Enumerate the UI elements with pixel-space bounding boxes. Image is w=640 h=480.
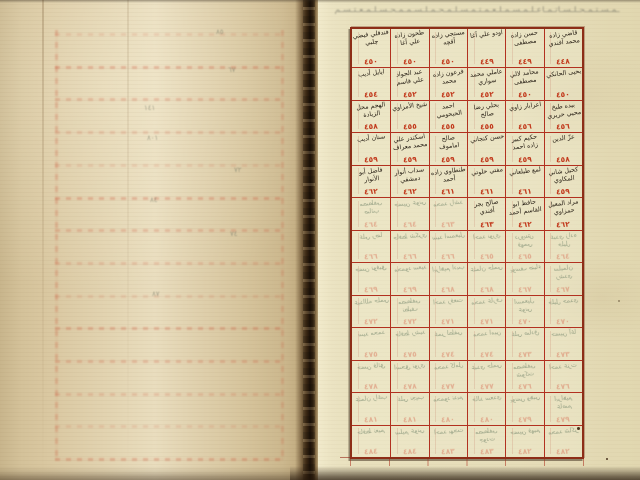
- entry-name: اسحق نوري: [394, 361, 426, 372]
- ghost-numeral: ٨٠١: [147, 134, 158, 142]
- entry-name: عاملي محمد سواري: [468, 68, 505, 87]
- table-cell: محمود نديم٤٨٠: [429, 392, 467, 425]
- table-cell: عبد الجواد علي قاسم٤٥٢: [390, 67, 428, 100]
- table-cell: اودو علي آغا٤٤٩: [467, 29, 505, 67]
- table-cell: مفتي حلوتي٤٦١: [467, 165, 505, 198]
- entry-name: سنان أديب: [357, 133, 386, 144]
- ghost-numeral: ٨٧: [152, 290, 160, 298]
- table-cell: احمد نوري٤٦٥: [467, 230, 505, 263]
- entry-name: خليل حمدي: [548, 296, 579, 307]
- table-cell: ابراهيم اديب٤٦٨: [429, 262, 467, 295]
- table-cell: محمد امين٤٧٤: [467, 327, 505, 360]
- entry-number: ٤٤٨: [556, 57, 570, 67]
- table-cell: بيده طبخ محيي حريري٤٥٦: [544, 100, 582, 133]
- entry-name: ايايل أديب: [358, 68, 385, 79]
- entry-number: ٤٨١: [364, 414, 378, 424]
- ghost-numeral: ٧٤: [230, 230, 238, 238]
- entry-name: صالح بجر أفندي: [468, 198, 505, 217]
- table-cell: ابراهيم عاصم٤٧٩: [544, 392, 582, 425]
- entry-number: ٤٧٧: [441, 382, 455, 392]
- entry-name: محمود سعيد: [393, 263, 426, 274]
- entry-name: طنطاوي زاده أحمد: [430, 165, 467, 184]
- table-cell: محمد راشد٤٦٣: [429, 197, 467, 230]
- ghost-rule-vline: [281, 30, 284, 460]
- table-cell: لمع طيلعاني٤٦١: [505, 165, 543, 198]
- entry-name: فاضل أبو الأنوار: [352, 165, 390, 184]
- table-cell: سيد اسمعيل٤٦٦: [429, 230, 467, 263]
- ghost-rule-vline: [55, 30, 58, 460]
- entry-number: ٤٥٦: [556, 122, 570, 132]
- table-cell: اسحق نوري٤٧٨: [390, 360, 428, 393]
- ghost-numeral: ٦٧: [228, 66, 236, 74]
- table-cell: يوسف ضياء٤٦٧: [505, 262, 543, 295]
- entry-name: محمد راشد: [433, 198, 463, 209]
- entry-number: ٤٦٦: [403, 252, 417, 262]
- entry-name: سليم عوني: [395, 426, 425, 437]
- ghost-rule-hline: [55, 393, 283, 396]
- table-cell: صالح بجر أفندي٤٦٣: [467, 197, 505, 230]
- entry-number: ٤٦١: [480, 187, 494, 197]
- table-cell: حافظ شكري٤٦٦: [390, 230, 428, 263]
- entry-number: ٤٧٣: [518, 349, 532, 359]
- entry-number: ٤٧٢: [403, 317, 417, 327]
- ghost-rule-hline: [55, 458, 283, 461]
- entry-number: ٤٦٢: [403, 187, 417, 197]
- entry-name: محمد كامل: [433, 361, 463, 372]
- table-cell: طنطاوي زاده أحمد٤٦١: [429, 165, 467, 198]
- entry-name: حافظ شكري: [393, 231, 428, 242]
- ink-speck: [606, 458, 608, 460]
- entry-number: ٤٨٣: [441, 447, 455, 457]
- table-cell: حافظ رشيد٤٧٥: [390, 327, 428, 360]
- entry-number: ٤٦٩: [364, 284, 378, 294]
- entry-name: سداب أنوار دمشقي: [392, 165, 429, 184]
- entry-name: حسين فهيم: [510, 426, 541, 437]
- table-cell: حسن زاده مصطفى٤٤٩: [505, 29, 543, 67]
- entry-name: مصطفى شوكت: [507, 361, 544, 380]
- entry-name: احمد الحبحومي: [430, 100, 467, 119]
- table-cell: يونس وهبي٤٧٩: [505, 392, 543, 425]
- table-cell: سليمان رشدي٤٦٧: [544, 262, 582, 295]
- table-cell: محمود سعيد٤٦٩: [390, 262, 428, 295]
- table-cell: عمر لطفي٤٧٤: [429, 327, 467, 360]
- entry-name: مصطفى صائب: [352, 198, 390, 217]
- photo-top-edge: [0, 0, 640, 3]
- entry-number: ٤٦٣: [441, 219, 455, 229]
- entry-name: محامد لالي مصطفى: [507, 68, 544, 87]
- ghost-rule-hline: [55, 98, 283, 101]
- entry-number: ٤٧٩: [556, 414, 570, 424]
- table-cell: كحيل شاني المكاوي٤٥٩: [544, 165, 582, 198]
- entry-name: محمد شاكر: [548, 426, 579, 437]
- entry-name: بحلي رضا صالح: [468, 100, 505, 119]
- ink-speck: [577, 427, 580, 430]
- entry-name: علي صادق: [511, 329, 540, 339]
- entry-number: ٤٧٧: [480, 382, 494, 392]
- table-cell: احمد الحبحومي٤٥٥: [429, 100, 467, 133]
- entry-number: ٤٦٤: [403, 219, 417, 229]
- ink-speck: [618, 300, 620, 302]
- entry-name: احمد بهجت: [433, 426, 463, 437]
- entry-number: ٤٤٩: [480, 57, 494, 67]
- entry-name: عبدالله حلمي: [354, 296, 390, 307]
- entry-name: حكيم كبير زاده احمد: [507, 133, 544, 152]
- table-cell: احمد بهجت٤٨٣: [429, 425, 467, 458]
- entry-number: ٤٨٤: [403, 447, 417, 457]
- ghost-rule-hline: [55, 197, 283, 200]
- entry-number: ٤٨٤: [364, 447, 378, 457]
- entry-number: ٤٦٧: [556, 284, 570, 294]
- entry-number: ٤٨٠: [480, 414, 494, 424]
- entry-name: عبدي زاده خليل: [545, 231, 582, 250]
- table-cell: فاضل أبو الأنوار٤٦٢: [352, 165, 390, 198]
- entry-name: محمد امين: [472, 329, 501, 339]
- entry-name: مستجي زاده آقچه: [430, 29, 467, 48]
- entry-name: حسين عوني: [394, 198, 427, 209]
- entry-number: ٤٥٩: [364, 154, 378, 164]
- entry-number: ٤٦٥: [480, 252, 494, 262]
- entry-name: محمد عارف: [471, 296, 503, 307]
- ghost-numeral: ١٤١: [144, 104, 155, 112]
- ghost-rule-hline: [55, 295, 283, 298]
- entry-number: ٤٥٨: [556, 154, 570, 164]
- table-cell: حافظ ابو القاسم أحمد٤٦٢: [505, 197, 543, 230]
- entry-name: اعرابار زاوي: [509, 101, 542, 112]
- entry-name: عمر لطفي: [434, 329, 463, 339]
- ghost-header-line: ـمـسـتـمـحـلـسـاتـمـاعـلـمـسـمـلـعـمـتـم…: [326, 6, 628, 20]
- entry-number: ٤٥٠: [556, 89, 570, 99]
- table-cell: سنان أديب٤٥٩: [352, 132, 390, 165]
- grid-overshoot-ticks: [350, 459, 584, 466]
- table-cell: خالد سعدي٤٨٠: [467, 392, 505, 425]
- entry-number: ٤٧٣: [556, 349, 570, 359]
- entry-name: سليمان رشدي: [545, 263, 582, 282]
- ghost-numeral: ٨٥: [216, 28, 224, 36]
- table-cell: عبدي زاده خليل٤٦٤: [544, 230, 582, 263]
- table-cell: حسين عوني٤٦٤: [390, 197, 428, 230]
- page-crease: [127, 0, 129, 480]
- entry-number: ٤٦٤: [556, 252, 570, 262]
- table-cell: عزّ الدين٤٥٨: [544, 132, 582, 165]
- entry-name: عبدي حلمي: [471, 361, 502, 372]
- entry-name: حافظ ابو القاسم أحمد: [507, 198, 544, 217]
- entry-name: مراد المعيل حمزاوي: [545, 198, 582, 217]
- table-cell: سيد محمد٤٧٥: [352, 327, 390, 360]
- entry-number: ٤٥٦: [518, 122, 532, 132]
- entry-name: يوسف ضياء: [509, 263, 541, 274]
- entry-number: ٤٨٣: [480, 447, 494, 457]
- entry-name: علي رضا: [359, 231, 383, 241]
- table-cell: بحلي رضا صالح٤٥٥: [467, 100, 505, 133]
- entry-number: ٤٥٩: [480, 154, 494, 164]
- entry-name: احمد رفعت: [433, 296, 464, 307]
- entry-number: ٤٥٠: [403, 57, 417, 67]
- entry-name: قاضي زاده محمد آفندي: [545, 29, 582, 48]
- ghost-rule-hline: [55, 164, 283, 167]
- ghost-rule-hline: [55, 327, 283, 330]
- entry-number: ٤٧٨: [403, 382, 417, 392]
- table-cell: محمد عارف٤٧١: [467, 295, 505, 328]
- page-crease: [42, 0, 44, 480]
- entry-name: كحيل شاني المكاوي: [545, 165, 582, 184]
- table-cell: طحون زاده علي آغا٤٥٠: [390, 29, 428, 67]
- entry-name: لمع طيلعاني: [509, 166, 542, 177]
- entry-name: مفتي حلوتي: [470, 166, 503, 177]
- table-cell: خليل حمدي٤٧٠: [544, 295, 582, 328]
- entry-name: احمد نوري: [473, 231, 501, 241]
- entry-number: ٤٥٩: [441, 154, 455, 164]
- table-cell: قاضي زاده محمد آفندي٤٤٨: [544, 29, 582, 67]
- entry-number: ٤٨١: [403, 414, 417, 424]
- entry-number: ٤٧١: [441, 317, 455, 327]
- entry-number: ٤٧٩: [518, 414, 532, 424]
- table-cell: عثمان حلمي٤٦٨: [467, 262, 505, 295]
- table-cell: سداب أنوار دمشقي٤٦٢: [390, 165, 428, 198]
- table-cell: الهجم محل الزيادة٤٥٨: [352, 100, 390, 133]
- ghost-rule-hline: [55, 262, 283, 265]
- table-cell: محمد كامل٤٧٧: [429, 360, 467, 393]
- entry-number: ٤٧٤: [441, 349, 455, 359]
- entry-number: ٤٦٦: [441, 252, 455, 262]
- ghost-numeral: ٧٢: [234, 166, 242, 174]
- entry-number: ٤٧٦: [556, 382, 570, 392]
- table-cell: عثمان راغب٤٨١: [352, 392, 390, 425]
- entry-number: ٤٨٢: [518, 447, 532, 457]
- entry-name: اودو علي آغا: [470, 29, 503, 40]
- entry-number: ٤٥٠: [518, 89, 532, 99]
- entry-number: ٤٥٢: [441, 89, 455, 99]
- entry-name: حسن كنجاني: [469, 133, 504, 145]
- entry-number: ٤٦٥: [518, 252, 532, 262]
- table-cell: علي نجيب٤٨١: [390, 392, 428, 425]
- register-table: قاضي زاده محمد آفندي٤٤٨حسن زاده مصطفى٤٤٩…: [350, 27, 584, 459]
- table-cell: ايايل أديب٤٥٤: [352, 67, 390, 100]
- table-cell: اسمعيل عوني٤٧٠: [505, 295, 543, 328]
- entry-number: ٤٦٢: [556, 219, 570, 229]
- entry-number: ٤٦٦: [364, 252, 378, 262]
- table-cell: عبدي حلمي٤٧٧: [467, 360, 505, 393]
- ghost-rule-hline: [55, 229, 283, 232]
- entry-name: شيخ الأمزاوي: [392, 100, 428, 112]
- entry-number: ٤٦١: [441, 187, 455, 197]
- entry-number: ٤٨٢: [556, 447, 570, 457]
- table-cell: عاملي محمد سواري٤٥٢: [467, 67, 505, 100]
- table-cell: سليم عوني٤٨٤: [390, 425, 428, 458]
- entry-number: ٤٦٧: [518, 284, 532, 294]
- ghost-rule-hline: [55, 360, 283, 363]
- entry-name: سيد محمد: [358, 329, 386, 339]
- table-cell: حسن فائق٤٧٨: [352, 360, 390, 393]
- entry-number: ٤٧١: [480, 317, 494, 327]
- grid-overshoot-line: [340, 457, 354, 458]
- entry-number: ٤٥٨: [364, 122, 378, 132]
- entry-name: بيده طبخ محيي حريري: [545, 100, 582, 119]
- table-cell: اسكندر علي محمد معراف٤٥٩: [390, 132, 428, 165]
- entry-name: ابراهيم اديب: [432, 263, 465, 274]
- entry-name: اسكندر علي محمد معراف: [392, 133, 429, 152]
- entry-name: اسمعيل عوني: [507, 296, 544, 315]
- table-cell: حسين فهيم٤٨٢: [505, 425, 543, 458]
- table-cell: فندقلي فيضي چلبي٤٥٠: [352, 29, 390, 67]
- entry-name: حافظ رشيد: [395, 328, 426, 339]
- table-cell: صالح اماموف٤٥٩: [429, 132, 467, 165]
- table-cell: مستجي زاده آقچه٤٥٠: [429, 29, 467, 67]
- entry-name: عبد الجواد علي قاسم: [392, 68, 429, 87]
- entry-name: احمد عزت: [549, 361, 577, 371]
- ghost-rule-hline: [55, 66, 283, 69]
- entry-name: حسين آغا: [551, 329, 577, 339]
- entry-name: مصطفى نظيف: [392, 296, 429, 315]
- table-cell: مصطفى جودت٤٨٣: [467, 425, 505, 458]
- table-cell: مصطفى صائب٤٦٤: [352, 197, 390, 230]
- manuscript-photo: ٨٥٦٧١٤١٨٠١٧٢٨٤٧٤٨٧ ـمـسـتـمـحـلـسـاتـمـا…: [0, 0, 640, 480]
- left-page: ٨٥٦٧١٤١٨٠١٧٢٨٤٧٤٨٧: [0, 0, 306, 480]
- entry-number: ٤٧٥: [403, 349, 417, 359]
- entry-number: ٤٦٨: [441, 284, 455, 294]
- entry-name: مصطفى جودت: [468, 426, 505, 445]
- table-cell: حكيم كبير زاده احمد٤٥٩: [505, 132, 543, 165]
- entry-number: ٤٥٩: [518, 154, 532, 164]
- entry-number: ٤٦٢: [364, 187, 378, 197]
- entry-number: ٤٥٠: [441, 57, 455, 67]
- table-cell: احمد عزت٤٧٦: [544, 360, 582, 393]
- table-cell: علي رضا٤٦٦: [352, 230, 390, 263]
- entry-number: ٤٥٢: [480, 89, 494, 99]
- right-page: ـمـسـتـمـحـلـسـاتـمـاعـلـمـسـمـلـعـمـتـم…: [318, 0, 640, 480]
- table-cell: حافظ نعيم٤٨٤: [352, 425, 390, 458]
- entry-name: خالد سعدي: [472, 393, 502, 404]
- entry-number: ٤٥٠: [364, 57, 378, 67]
- entry-name: عثمان حلمي: [470, 263, 503, 274]
- entry-name: يحيى الحانكي: [546, 68, 582, 80]
- ghost-rule-hline: [55, 425, 283, 428]
- table-cell: حسين آغا٤٧٣: [544, 327, 582, 360]
- entry-name: محمود نديم: [433, 393, 464, 404]
- entry-number: ٤٦٩: [403, 284, 417, 294]
- table-cell: مراد المعيل حمزاوي٤٦٢: [544, 197, 582, 230]
- entry-number: ٤٦٢: [518, 219, 532, 229]
- table-cell: احمد رفعت٤٧١: [429, 295, 467, 328]
- entry-name: عثمان راغب: [355, 393, 388, 404]
- table-cell: مصطفى شوكت٤٧٦: [505, 360, 543, 393]
- entry-number: ٤٧٠: [518, 317, 532, 327]
- entry-number: ٤٧٢: [364, 317, 378, 327]
- entry-name: حسن توفيق: [355, 263, 387, 274]
- entry-number: ٤٦٣: [480, 219, 494, 229]
- entry-name: ابراهيم عاصم: [545, 393, 582, 412]
- entry-number: ٤٧٤: [480, 349, 494, 359]
- entry-number: ٤٧٨: [364, 382, 378, 392]
- ghost-numeral: ٨٤: [150, 196, 158, 204]
- entry-number: ٤٤٩: [518, 57, 532, 67]
- table-cell: حسن كنجاني٤٥٩: [467, 132, 505, 165]
- entry-number: ٤٥٤: [364, 89, 378, 99]
- table-cell: محمد شاكر٤٨٢: [544, 425, 582, 458]
- table-cell: محامد لالي مصطفى٤٥٠: [505, 67, 543, 100]
- table-cell: حسن توفيق٤٦٩: [352, 262, 390, 295]
- entry-number: ٤٥٥: [441, 122, 455, 132]
- entry-number: ٤٥٩: [403, 154, 417, 164]
- entry-number: ٤٧٥: [364, 349, 378, 359]
- entry-number: ٤٥٢: [403, 89, 417, 99]
- table-cell: مصطفى نظيف٤٧٢: [390, 295, 428, 328]
- entry-number: ٤٦٨: [480, 284, 494, 294]
- entry-number: ٤٥٥: [480, 122, 494, 132]
- entry-name: حسن زاده مصطفى: [507, 29, 544, 48]
- photo-bottom-edge: [0, 466, 640, 480]
- table-cell: اعرابار زاوي٤٥٦: [505, 100, 543, 133]
- entry-number: ٤٦١: [518, 187, 532, 197]
- entry-name: فندقلي فيضي چلبي: [352, 29, 390, 48]
- table-cell: عبدالله حلمي٤٧٢: [352, 295, 390, 328]
- entry-name: صالح اماموف: [430, 133, 467, 152]
- table-cell: يحيى الحانكي٤٥٠: [544, 67, 582, 100]
- entry-name: حافظ نعيم: [357, 426, 385, 436]
- entry-number: ٤٥٥: [403, 122, 417, 132]
- entry-number: ٤٥٩: [556, 187, 570, 197]
- entry-number: ٤٨٠: [441, 414, 455, 424]
- entry-name: يونس وهبي: [510, 393, 541, 404]
- entry-name: درويش فهمي: [507, 231, 544, 250]
- table-cell: علي صادق٤٧٣: [505, 327, 543, 360]
- entry-number: ٤٧٦: [518, 382, 532, 392]
- entry-name: فرعون زاده محمد: [430, 68, 467, 87]
- entry-name: الهجم محل الزيادة: [352, 100, 390, 119]
- entry-name: حسن فائق: [357, 361, 386, 371]
- entry-number: ٤٧٠: [556, 317, 570, 327]
- table-cell: شيخ الأمزاوي٤٥٥: [390, 100, 428, 133]
- table-cell: درويش فهمي٤٦٥: [505, 230, 543, 263]
- entry-name: طحون زاده علي آغا: [392, 29, 429, 48]
- entry-name: سيد اسمعيل: [432, 231, 465, 242]
- entry-name: علي نجيب: [396, 394, 424, 404]
- ghost-rule-hline: [55, 33, 283, 36]
- table-cell: فرعون زاده محمد٤٥٢: [429, 67, 467, 100]
- entry-number: ٤٦٤: [364, 219, 378, 229]
- ghost-rule-hline: [55, 131, 283, 134]
- entry-name: عزّ الدين: [552, 134, 576, 144]
